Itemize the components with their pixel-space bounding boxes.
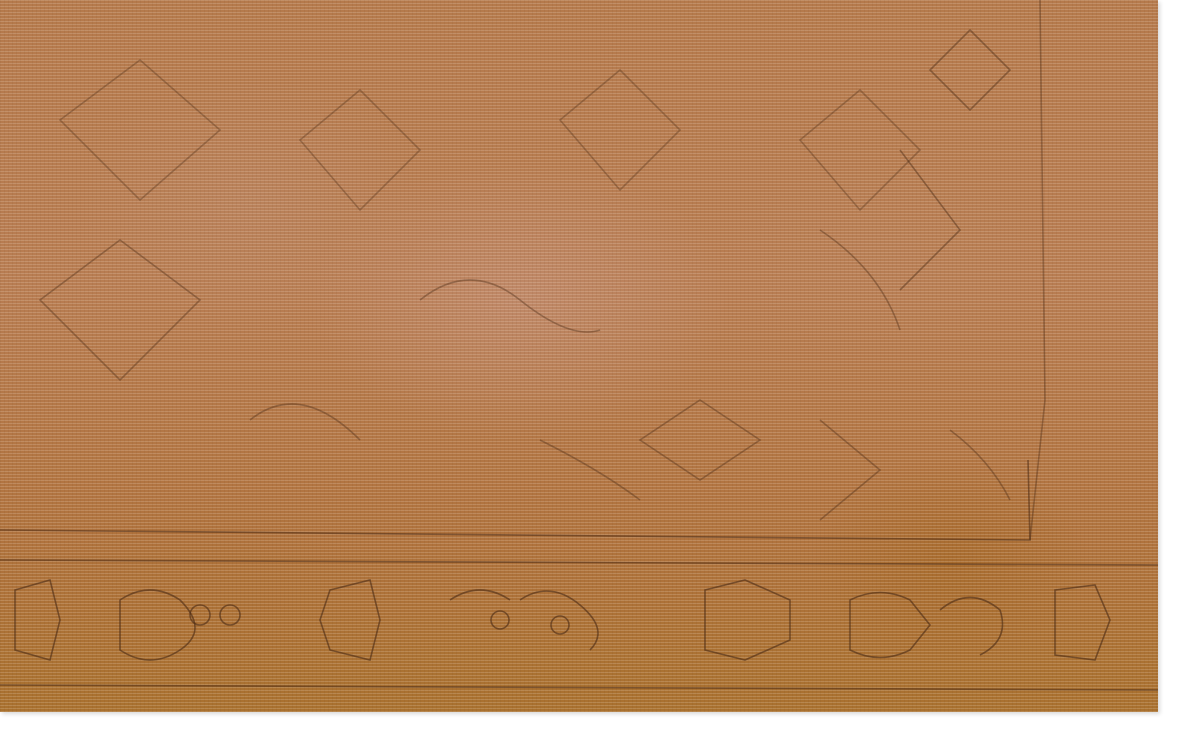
- rug: [0, 0, 1158, 712]
- rug-motif-pattern: [0, 0, 1158, 712]
